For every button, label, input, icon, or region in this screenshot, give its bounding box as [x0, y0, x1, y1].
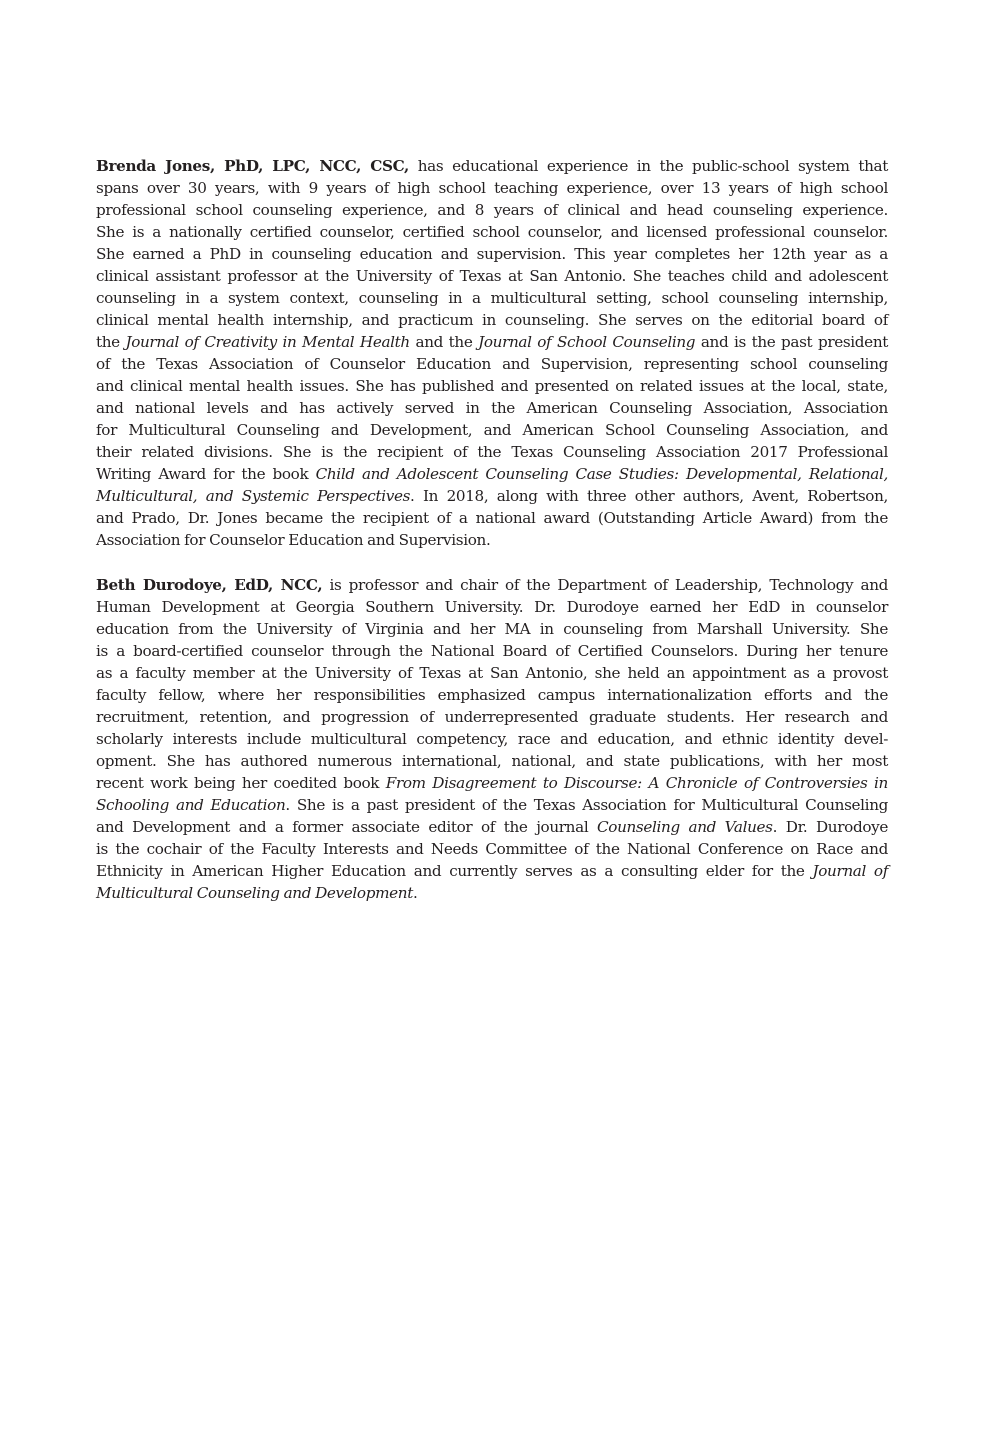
- text-segment: and clinical mental health issues. She h…: [96, 377, 888, 395]
- text-segment: opment. She has authored numerous intern…: [96, 752, 888, 770]
- text-line: Beth Durodoye, EdD, NCC, is professor an…: [96, 574, 888, 596]
- text-segment: and is the past president: [695, 333, 888, 351]
- text-segment: Human Development at Georgia Southern Un…: [96, 598, 888, 616]
- text-segment: is a board-certified counselor through t…: [96, 642, 888, 660]
- bio-list: Brenda Jones, PhD, LPC, NCC, CSC, has ed…: [96, 155, 888, 904]
- text-line: clinical mental health internship, and p…: [96, 309, 888, 331]
- text-segment: and Prado, Dr. Jones became the recipien…: [96, 509, 888, 527]
- bio-paragraph: Brenda Jones, PhD, LPC, NCC, CSC, has ed…: [96, 155, 888, 551]
- author-name-credentials: Brenda Jones, PhD, LPC, NCC, CSC,: [96, 157, 409, 175]
- italic-title: Schooling and Education: [96, 796, 285, 814]
- text-line: education from the University of Virgini…: [96, 618, 888, 640]
- text-line: faculty fellow, where her responsibiliti…: [96, 684, 888, 706]
- author-name-credentials: Beth Durodoye, EdD, NCC,: [96, 576, 322, 594]
- text-line: and Prado, Dr. Jones became the recipien…: [96, 507, 888, 529]
- text-line: and national levels and has actively ser…: [96, 397, 888, 419]
- text-line: Multicultural Counseling and Development…: [96, 882, 888, 904]
- text-line: is the cochair of the Faculty Interests …: [96, 838, 888, 860]
- text-segment: . She is a past president of the Texas A…: [285, 796, 888, 814]
- italic-title: Counseling and Values: [597, 818, 773, 836]
- text-line: clinical assistant professor at the Univ…: [96, 265, 888, 287]
- text-segment: recent work being her coedited book: [96, 774, 386, 792]
- text-line: Association for Counselor Education and …: [96, 529, 888, 551]
- text-segment: She earned a PhD in counseling education…: [96, 245, 888, 263]
- italic-title: Child and Adolescent Counseling Case Stu…: [316, 465, 888, 483]
- text-line: recruitment, retention, and progression …: [96, 706, 888, 728]
- text-segment: counseling in a system context, counseli…: [96, 289, 888, 307]
- document-page: Brenda Jones, PhD, LPC, NCC, CSC, has ed…: [96, 155, 888, 927]
- text-line: the Journal of Creativity in Mental Heal…: [96, 331, 888, 353]
- text-segment: for Multicultural Counseling and Develop…: [96, 421, 888, 439]
- text-segment: Association for Counselor Education and …: [96, 531, 490, 549]
- text-segment: is the cochair of the Faculty Interests …: [96, 840, 888, 858]
- text-line: counseling in a system context, counseli…: [96, 287, 888, 309]
- text-segment: has educational experience in the public…: [409, 157, 888, 175]
- italic-title: From Disagreement to Discourse: A Chroni…: [386, 774, 888, 792]
- text-line: and clinical mental health issues. She h…: [96, 375, 888, 397]
- text-segment: as a faculty member at the University of…: [96, 664, 888, 682]
- text-segment: .: [413, 884, 417, 902]
- text-segment: . In 2018, along with three other author…: [410, 487, 888, 505]
- text-line: as a faculty member at the University of…: [96, 662, 888, 684]
- text-segment: professional school counseling experienc…: [96, 201, 888, 219]
- text-line: recent work being her coedited book From…: [96, 772, 888, 794]
- text-segment: their related divisions. She is the reci…: [96, 443, 888, 461]
- text-line: of the Texas Association of Counselor Ed…: [96, 353, 888, 375]
- text-segment: clinical mental health internship, and p…: [96, 311, 888, 329]
- text-segment: and national levels and has actively ser…: [96, 399, 888, 417]
- text-segment: the: [96, 333, 125, 351]
- italic-title: Journal of Creativity in Mental Health: [125, 333, 409, 351]
- text-segment: and Development and a former associate e…: [96, 818, 597, 836]
- text-line: Writing Award for the book Child and Ado…: [96, 463, 888, 485]
- text-segment: She is a nationally certified counselor,…: [96, 223, 888, 241]
- text-segment: and the: [410, 333, 478, 351]
- text-line: Brenda Jones, PhD, LPC, NCC, CSC, has ed…: [96, 155, 888, 177]
- text-segment: Ethnicity in American Higher Education a…: [96, 862, 812, 880]
- text-line: for Multicultural Counseling and Develop…: [96, 419, 888, 441]
- text-segment: is professor and chair of the Department…: [322, 576, 888, 594]
- text-line: and Development and a former associate e…: [96, 816, 888, 838]
- text-segment: Writing Award for the book: [96, 465, 316, 483]
- bio-paragraph: Beth Durodoye, EdD, NCC, is professor an…: [96, 574, 888, 904]
- text-line: Schooling and Education. She is a past p…: [96, 794, 888, 816]
- text-segment: recruitment, retention, and progression …: [96, 708, 888, 726]
- text-segment: of the Texas Association of Counselor Ed…: [96, 355, 888, 373]
- text-line: their related divisions. She is the reci…: [96, 441, 888, 463]
- text-line: scholarly interests include multicultura…: [96, 728, 888, 750]
- text-segment: spans over 30 years, with 9 years of hig…: [96, 179, 888, 197]
- text-segment: faculty fellow, where her responsibiliti…: [96, 686, 888, 704]
- text-segment: clinical assistant professor at the Univ…: [96, 267, 888, 285]
- text-line: spans over 30 years, with 9 years of hig…: [96, 177, 888, 199]
- text-line: She earned a PhD in counseling education…: [96, 243, 888, 265]
- text-line: She is a nationally certified counselor,…: [96, 221, 888, 243]
- italic-title: Journal of School Counseling: [478, 333, 695, 351]
- text-segment: education from the University of Virgini…: [96, 620, 888, 638]
- text-line: opment. She has authored numerous intern…: [96, 750, 888, 772]
- italic-title: Multicultural, and Systemic Perspectives: [96, 487, 410, 505]
- text-line: Human Development at Georgia Southern Un…: [96, 596, 888, 618]
- italic-title: Journal of: [812, 862, 888, 880]
- text-segment: scholarly interests include multicultura…: [96, 730, 888, 748]
- text-line: is a board-certified counselor through t…: [96, 640, 888, 662]
- text-line: professional school counseling experienc…: [96, 199, 888, 221]
- text-line: Multicultural, and Systemic Perspectives…: [96, 485, 888, 507]
- text-line: Ethnicity in American Higher Education a…: [96, 860, 888, 882]
- text-segment: . Dr. Durodoye: [773, 818, 888, 836]
- italic-title: Multicultural Counseling and Development: [96, 884, 413, 902]
